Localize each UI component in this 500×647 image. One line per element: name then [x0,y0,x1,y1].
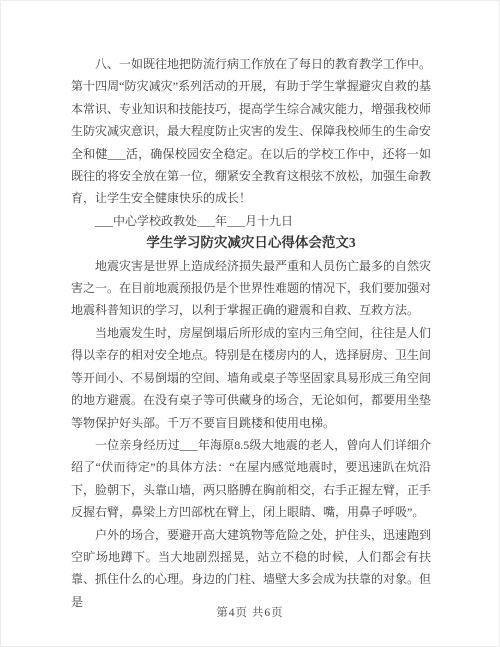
section-title: 学生学习防灾减灾日心得体会范文3 [71,232,431,254]
paragraph-earthquake-intro: 地震灾害是世界上造成经济损失最严重和人员伤亡最多的自然灾害之一。在目前地震预报仍… [71,255,431,322]
paragraph-outdoor-advice: 户外的场合，要避开高大建筑物等危险之处，护住头，迅速跑到空旷场地蹲下。当大地剧烈… [71,524,431,614]
paragraph-safety-work-summary: 八、一如既往地把防流行病工作放在了每日的教育教学工作中。第十四周“防灾减灾”系列… [71,53,431,210]
paragraph-indoor-shelter: 当地震发生时，房屋倒塌后所形成的室内三角空间，往往是人们得以幸存的相对安全地点。… [71,322,431,434]
signature-line: ___中心学校政教处___年___月十九日 [71,210,431,232]
document-page: 八、一如既往地把防流行病工作放在了每日的教育教学工作中。第十四周“防灾减灾”系列… [0,0,500,647]
paragraph-survivor-method: 一位亲身经历过___年海原8.5级大地震的老人，曾向人们详细介绍了“伏而待定”的… [71,434,431,524]
footer-page-number: 第4页 共6页 [1,604,499,620]
document-content: 八、一如既往地把防流行病工作放在了每日的教育教学工作中。第十四周“防灾减灾”系列… [71,53,431,613]
